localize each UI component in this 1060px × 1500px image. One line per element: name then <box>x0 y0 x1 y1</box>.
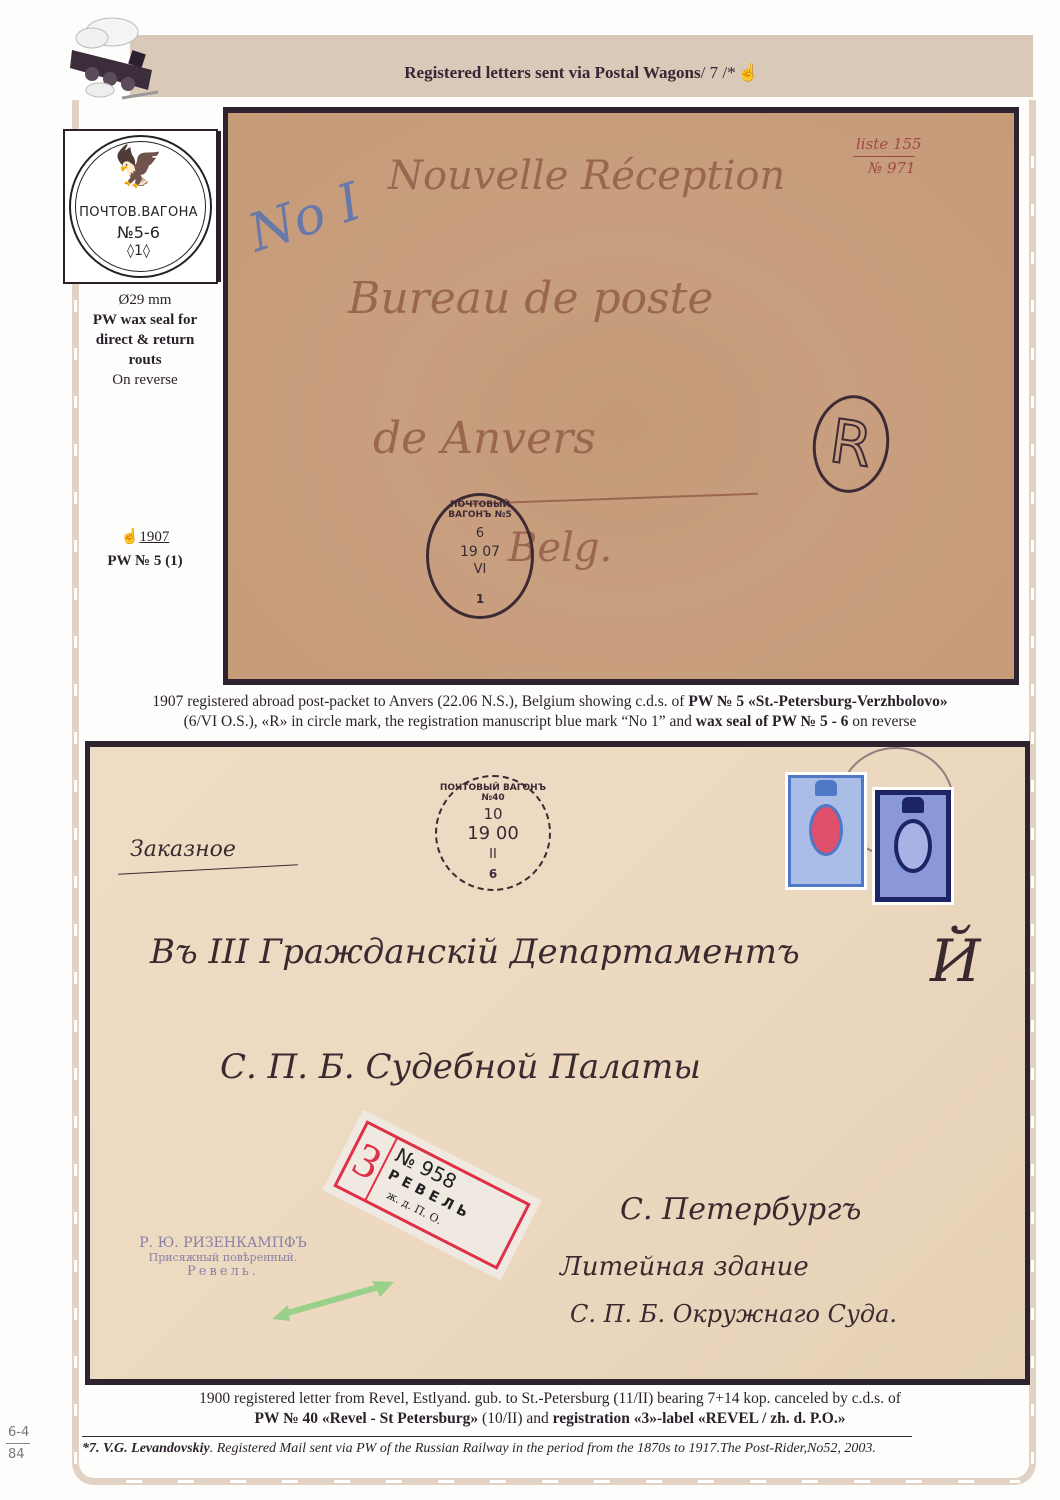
double-headed-eagle-icon: 🦅 <box>65 145 212 189</box>
postmark-pw40: ПОЧТОВЫЙ ВАГОНЪ №40 10 19 00 II 6 <box>435 775 551 891</box>
cover1-envelope: No I liste 155 № 971 Nouvelle Réception … <box>228 113 1014 679</box>
seal-text-line1: ПОЧТОВ.ВАГОНА <box>65 205 212 220</box>
sender-stamp: Р. Ю. РИЗЕНКАМПФЪ Присяжный повѣренный. … <box>118 1235 328 1279</box>
caption-text: (10/II) and <box>478 1410 552 1427</box>
frame-dash-right <box>1031 120 1034 1470</box>
cover1-caption-line1: 1907 registered abroad post-packet to An… <box>70 692 1030 712</box>
registered-underline <box>118 864 298 874</box>
postmark-month: II <box>437 847 549 862</box>
footnote-divider <box>82 1436 912 1437</box>
stamp-14-kop <box>785 772 867 890</box>
postmark-day: 6 <box>429 526 531 541</box>
address-line-2: С. П. Б. Судебной Палаты <box>220 1047 701 1087</box>
crown-icon <box>815 780 837 796</box>
seal-location: On reverse <box>60 370 230 390</box>
footnote-text: . Registered Mail sent via PW of the Rus… <box>210 1441 876 1456</box>
cover1-year: 1907 <box>139 529 169 545</box>
pencil-note-rule <box>6 1443 30 1444</box>
cover2-caption: 1900 registered letter from Revel, Estly… <box>70 1389 1030 1429</box>
caption-bold: wax seal of PW № 5 - 6 <box>696 713 849 730</box>
seal-text-line3: ◊1◊ <box>65 243 212 259</box>
side-mark: Й <box>930 927 981 995</box>
address-line-5: С. П. Б. Окружнаго Суда. <box>570 1300 897 1328</box>
caption-text: 1907 registered abroad post-packet to An… <box>152 693 688 710</box>
pencil-note-bottom: 84 <box>8 1447 25 1462</box>
pointing-hand-icon: ☝ <box>121 529 140 545</box>
postmark-date: 19 00 <box>437 823 549 844</box>
caption-bold: PW № 40 «Revel - St Petersburg» <box>255 1410 479 1427</box>
postmark-ring-text: ПОЧТОВЫЙ ВАГОНЪ №40 <box>437 783 549 803</box>
postmark-pw5: ПОЧТОВЫЙ ВАГОНЪ №5 6 19 07 VI 1 <box>426 493 534 619</box>
pencil-note-top: 6-4 <box>8 1425 29 1440</box>
cover2-envelope: Заказное ПОЧТОВЫЙ ВАГОНЪ №40 10 19 00 II… <box>90 747 1025 1379</box>
r-letter: R <box>825 406 876 481</box>
seal-text-line2: №5-6 <box>65 223 212 242</box>
address-line-3: С. Петербургъ <box>620 1192 861 1227</box>
corner-note-2: № 971 <box>868 159 916 177</box>
r-in-circle-mark: R <box>807 390 896 498</box>
postmark-date: 19 07 <box>429 544 531 560</box>
page-title-suffix: / 7 /* <box>701 63 736 83</box>
address-line-2: Bureau de poste <box>348 273 713 324</box>
caption-text: (6/VI O.S.), «R» in circle mark, the reg… <box>184 713 696 730</box>
caption-text: on reverse <box>848 713 916 730</box>
caption-bold: PW № 5 «St.-Petersburg-Verzhbolovo» <box>688 693 947 710</box>
seal-description: PW wax seal for direct & return routs <box>80 310 210 370</box>
stamp-oval-center <box>894 819 932 873</box>
corner-note-rule <box>853 156 915 157</box>
wax-seal-illustration: 🦅 ПОЧТОВ.ВАГОНА №5-6 ◊1◊ <box>63 129 218 284</box>
footnote-author: *7. V.G. Levandovskiy <box>82 1441 210 1456</box>
registered-note: Заказное <box>130 837 236 862</box>
address-line-3: de Anvers <box>373 413 596 464</box>
crown-icon <box>902 797 924 813</box>
address-line-1: Въ III Гражданскій Департаментъ <box>150 932 800 972</box>
cover1-reference: ☝1907 <box>60 527 230 547</box>
cover1-caption-line2: (6/VI O.S.), «R» in circle mark, the reg… <box>70 712 1030 732</box>
green-arrow-icon <box>268 1275 398 1325</box>
cover1-caption: 1907 registered abroad post-packet to An… <box>70 692 1030 732</box>
cover2-caption-line1: 1900 registered letter from Revel, Estly… <box>70 1389 1030 1409</box>
postmark-ring-text: ПОЧТОВЫЙ ВАГОНЪ №5 <box>429 500 531 520</box>
postmark-bottom: 1 <box>429 592 531 606</box>
corner-note-1: liste 155 <box>856 135 922 153</box>
cover2-caption-line2: PW № 40 «Revel - St Petersburg» (10/II) … <box>70 1409 1030 1429</box>
postmark-month: VI <box>429 562 531 577</box>
postmark-bottom: 6 <box>437 867 549 881</box>
blue-registration-mark: No I <box>242 172 369 264</box>
seal-size: Ø29 mm <box>60 290 230 310</box>
sender-title: Присяжный повѣренный. <box>118 1251 328 1264</box>
stamp-7-kop <box>872 787 954 905</box>
pointing-hand-icon: ☝ <box>738 63 759 83</box>
postmark-day: 10 <box>437 805 549 823</box>
frame-dash-left <box>74 120 77 1470</box>
address-line-1: Nouvelle Réception <box>388 153 785 199</box>
frame-dash-bottom <box>90 1480 1020 1483</box>
page-title-text: Registered letters sent via Postal Wagon… <box>404 63 700 83</box>
page-title: Registered letters sent via Postal Wagon… <box>130 35 1033 97</box>
address-line-4: Литейная здание <box>560 1252 809 1282</box>
cover1-pw-number: PW № 5 (1) <box>60 551 230 571</box>
stamp-oval-center <box>809 804 843 856</box>
sender-name: Р. Ю. РИЗЕНКАМПФЪ <box>118 1235 328 1251</box>
caption-bold: registration «3»-label «REVEL / zh. d. P… <box>553 1410 846 1427</box>
footnote: *7. V.G. Levandovskiy. Registered Mail s… <box>82 1441 1032 1457</box>
